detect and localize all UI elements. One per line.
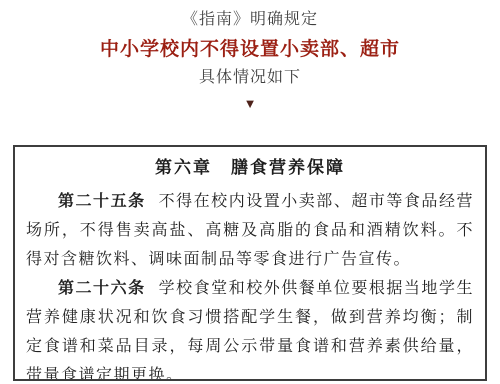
down-arrow-icon: ▼	[0, 97, 500, 110]
headline: 中小学校内不得设置小卖部、超市	[0, 39, 500, 60]
article-26-number: 第二十六条	[58, 280, 146, 297]
article-25: 第二十五条不得在校内设置小卖部、超市等食品经营场所，不得售卖高盐、高糖及高脂的食…	[26, 187, 474, 274]
regulation-box: 第六章 膳食营养保障 第二十五条不得在校内设置小卖部、超市等食品经营场所，不得售…	[13, 145, 487, 381]
article-26: 第二十六条学校食堂和校外供餐单位要根据当地学生营养健康状况和饮食习惯搭配学生餐，…	[26, 274, 474, 381]
intro-line-2: 具体情况如下	[0, 69, 500, 87]
infographic-page: 《指南》明确规定 中小学校内不得设置小卖部、超市 具体情况如下 ▼ 第六章 膳食…	[0, 0, 500, 384]
chapter-title: 第六章 膳食营养保障	[26, 156, 474, 180]
article-25-number: 第二十五条	[58, 193, 146, 210]
intro-line-1: 《指南》明确规定	[0, 11, 500, 29]
intro-section: 《指南》明确规定 中小学校内不得设置小卖部、超市 具体情况如下 ▼	[0, 0, 500, 110]
